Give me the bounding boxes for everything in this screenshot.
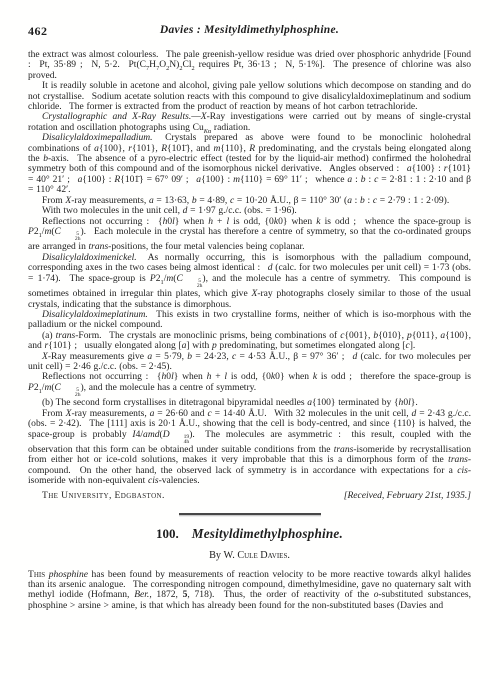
paragraph: This phosphine has been found by measure… [28, 570, 471, 612]
new-article-body: This phosphine has been found by measure… [28, 570, 471, 612]
previous-article-end: the extract was almost colourless. The p… [28, 50, 471, 487]
paragraph: Reflections not occurring : {h0l} when h… [28, 372, 471, 398]
paragraph: Reflections not occurring : {h0l} when h… [28, 217, 471, 253]
article-title: Mesityldimethylphosphine. [192, 526, 343, 541]
journal-page: 462 Davies : Mesityldimethylphosphine. t… [0, 0, 500, 679]
running-head: Davies : Mesityldimethylphosphine. [28, 24, 471, 36]
paragraph: It is readily soluble in acetone and alc… [28, 81, 471, 112]
paragraph: Disalicylaldoximeplatinum. This exists i… [28, 310, 471, 331]
page-header: 462 Davies : Mesityldimethylphosphine. [28, 24, 471, 39]
paragraph: (a) trans-Form. The crystals are monocli… [28, 331, 471, 352]
paragraph: Disalicylaldoximepalladium. Crystals pre… [28, 133, 471, 195]
author-address: The University, Edgbaston. [28, 491, 165, 501]
paragraph: the extract was almost colourless. The p… [28, 50, 471, 81]
byline-prefix: By [209, 550, 221, 561]
paragraph: Crystallographic and X-Ray Results.—X-Ra… [28, 112, 471, 133]
paragraph: X-Ray measurements give a = 5·79, b = 24… [28, 352, 471, 373]
byline: By W. Cule Davies. [28, 550, 471, 561]
paragraph: With two molecules in the unit cell, d =… [28, 206, 471, 216]
article-number: 100. [156, 526, 179, 541]
section-divider [179, 513, 321, 515]
article-heading: 100.Mesityldimethylphosphine. [28, 525, 471, 543]
author-name: W. Cule Davies. [224, 550, 290, 561]
signature-row: The University, Edgbaston. [Received, Fe… [28, 491, 471, 501]
received-date: [Received, February 21st, 1935.] [344, 491, 471, 501]
paragraph: Disalicylaldoximenickel. As normally occ… [28, 253, 471, 310]
paragraph: From X-ray measurements, a = 26·60 and c… [28, 409, 471, 487]
